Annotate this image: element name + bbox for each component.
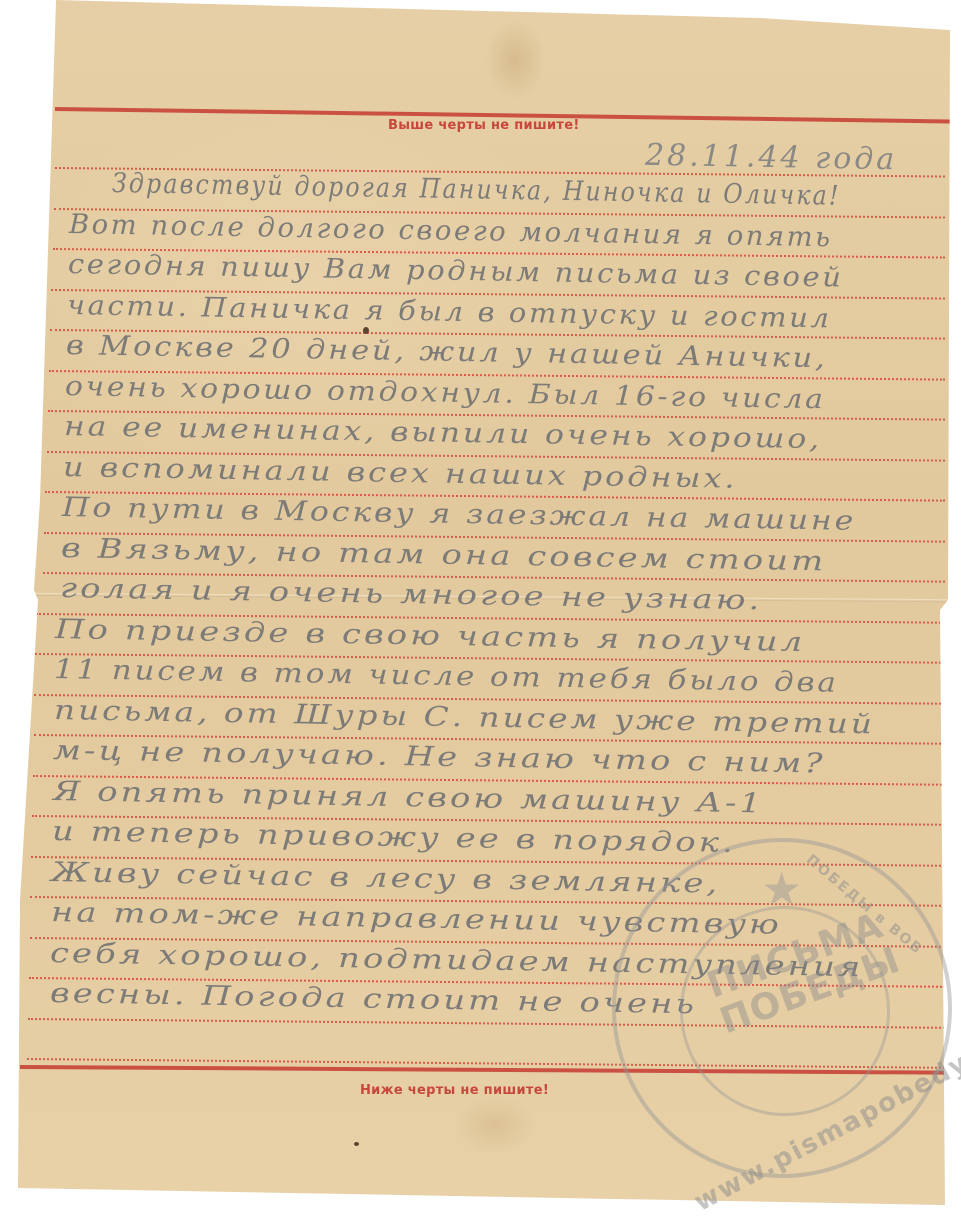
ink-speck xyxy=(354,1142,359,1146)
ink-speck xyxy=(363,327,369,334)
writing-rule xyxy=(28,1018,945,1029)
letter-paper: Выше черты не пишите! Ниже черты не пиши… xyxy=(0,0,961,1227)
header-instruction: Выше черты не пишите! xyxy=(388,118,580,133)
footer-instruction: Ниже черты не пишите! xyxy=(360,1083,549,1098)
letter-date: 28.11.44 года xyxy=(645,138,898,177)
